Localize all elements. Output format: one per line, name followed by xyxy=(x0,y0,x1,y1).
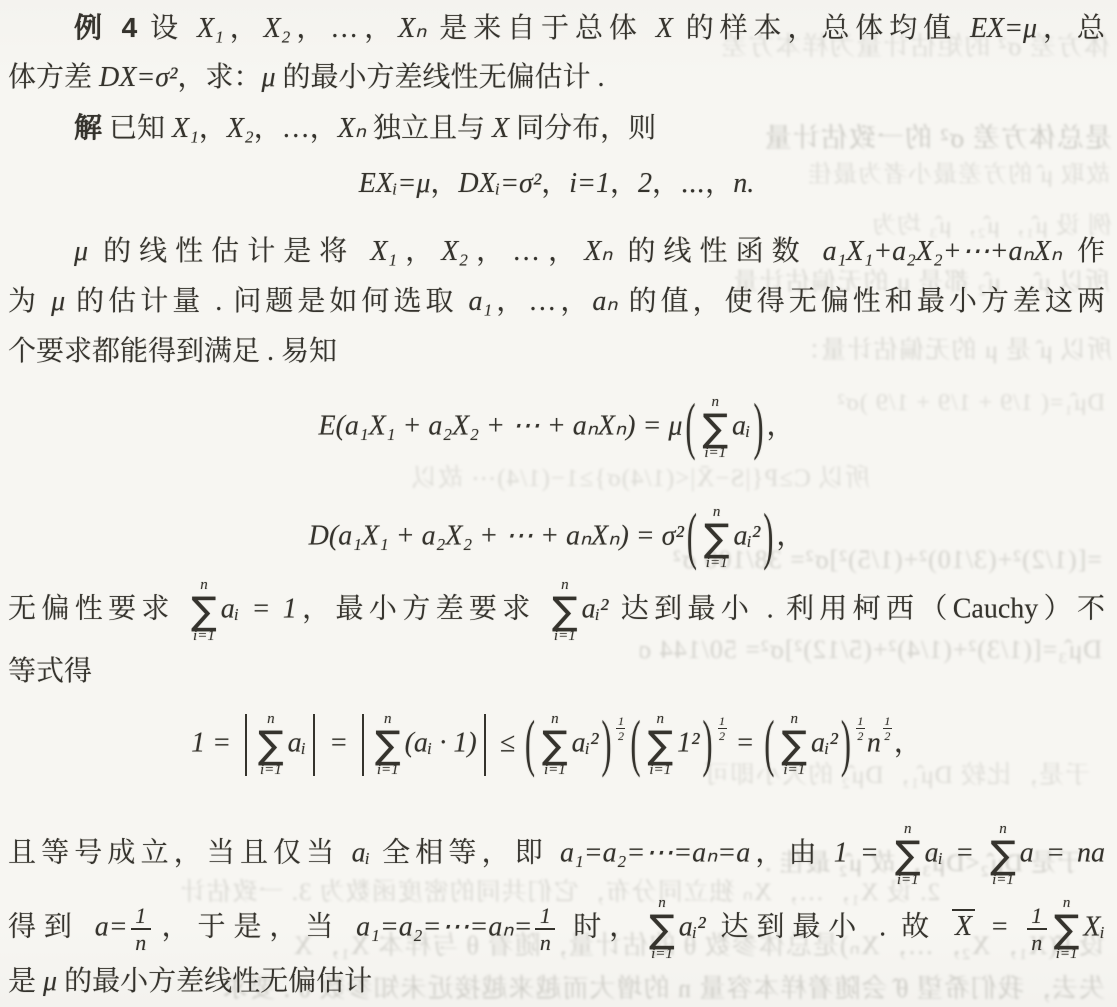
math-run: Xᵢ xyxy=(1083,911,1105,942)
text-run: ， xyxy=(224,13,264,44)
sigma-glyph: ∑ xyxy=(1054,911,1080,947)
text-run: ，⋯， xyxy=(652,168,733,199)
text-run: 时， xyxy=(558,911,645,942)
exponent-one-half: 12 xyxy=(856,715,865,742)
fraction: 1n xyxy=(131,904,151,954)
formula-cauchy-inequality: 1 = n∑i=1aᵢ = n∑i=1(aᵢ · 1) ≤ (n∑i=1aᵢ²)… xyxy=(8,712,1105,778)
fraction-denominator: n xyxy=(540,931,551,954)
math-run: a₁=a₂=⋯=aₙ= xyxy=(356,911,532,942)
math-run: n xyxy=(867,727,881,758)
math-run: Xₙ xyxy=(338,113,366,144)
text-run: 的最小方差线性无偏估计 xyxy=(57,966,372,997)
math-run: μ xyxy=(261,62,275,93)
body-line-9: 且等号成立，当且仅当 aᵢ 全相等，即 a₁=a₂=⋯=aₙ=a，由 1 = n… xyxy=(8,822,1105,888)
math-run: 2 xyxy=(638,168,652,199)
math-run: a = na xyxy=(1020,837,1105,868)
abs-bar xyxy=(313,714,315,776)
text-run: 且等号成立，当且仅当 xyxy=(8,837,352,868)
text-run: 的样本，总体均值 xyxy=(673,13,970,44)
text-run: ， xyxy=(397,236,441,267)
big-paren: ( xyxy=(687,492,697,584)
sigma-glyph: ∑ xyxy=(552,593,578,629)
fraction-denominator: n xyxy=(1031,931,1042,954)
text-run: 的估计量 . 问题是如何选取 xyxy=(65,286,468,317)
summation-symbol: n∑i=1 xyxy=(552,578,578,644)
text-run: 的线性函数 xyxy=(612,236,822,267)
text-run: 无偏性要求 xyxy=(8,593,187,624)
math-run: Xₙ xyxy=(584,236,612,267)
fraction: 1n xyxy=(1027,904,1047,954)
sigma-glyph: ∑ xyxy=(895,837,921,873)
text-run: 独立且与 xyxy=(366,113,492,144)
sigma-glyph: ∑ xyxy=(647,727,673,763)
body-line-10: 得到 a=1n，于是，当 a₁=a₂=⋯=aₙ=1n 时，n∑i=1aᵢ² 达到… xyxy=(8,896,1105,962)
abs-bar xyxy=(362,714,364,776)
text-run: ， xyxy=(610,168,638,199)
math-run: X₁ xyxy=(172,113,199,144)
text-run: 全相等，即 xyxy=(370,837,560,868)
math-run: ≤ xyxy=(493,727,522,758)
sum-lower-limit: i=1 xyxy=(783,763,805,778)
text-run: 同分布，则 xyxy=(509,113,656,144)
math-run: D(a₁X₁ + a₂X₂ + ⋯ + aₙXₙ) = σ² xyxy=(309,520,684,551)
body-line-6: 个要求都能得到满足 . 易知 xyxy=(8,330,1105,374)
exponent-one-half: 12 xyxy=(883,715,892,742)
sum-lower-limit: i=1 xyxy=(544,763,566,778)
text-run: ， xyxy=(541,168,569,199)
text-run: ，于是，当 xyxy=(154,911,356,942)
big-paren: ( xyxy=(525,699,535,791)
text-run: ，…， xyxy=(290,13,398,44)
math-run: E(a₁X₁ + a₂X₂ + ⋯ + aₙXₙ) = μ xyxy=(318,410,682,441)
math-run: EX=μ xyxy=(970,13,1037,44)
sigma-glyph: ∑ xyxy=(704,520,730,556)
conclusion-line: 是 μ 的最小方差线性无偏估计 xyxy=(8,960,1105,1004)
abs-bar xyxy=(245,714,247,776)
abs-bar xyxy=(484,714,486,776)
big-paren: ( xyxy=(630,699,640,791)
body-line-7: 无偏性要求 n∑i=1aᵢ = 1，最小方差要求 n∑i=1aᵢ² 达到最小 .… xyxy=(8,578,1105,644)
sum-lower-limit: i=1 xyxy=(193,629,215,644)
math-run: X xyxy=(492,113,509,144)
example-statement-line-1: 例 4 设 X₁，X₂，…，Xₙ 是来自于总体 X 的样本，总体均值 EX=μ，… xyxy=(8,6,1105,51)
text-run: 是 xyxy=(8,966,43,997)
math-run: a₁X₁+a₂X₂+⋯+aₙXₙ xyxy=(823,236,1062,267)
formula-variance: D(a₁X₁ + a₂X₂ + ⋯ + aₙXₙ) = σ²(n∑i=1aᵢ²)… xyxy=(8,505,1105,571)
exp-denominator: 2 xyxy=(884,730,890,742)
sum-lower-limit: i=1 xyxy=(260,763,282,778)
math-run: a₁ xyxy=(469,286,493,317)
math-run: aₙ xyxy=(592,286,617,317)
math-run: aᵢ xyxy=(352,837,370,868)
math-run: μ xyxy=(51,286,65,317)
text-run: 等式得 xyxy=(8,656,92,687)
math-run: 1 = xyxy=(191,727,238,758)
exp-denominator: 2 xyxy=(719,730,725,742)
exp-numerator: 1 xyxy=(719,715,725,727)
text-run: ， xyxy=(766,410,794,441)
sigma-glyph: ∑ xyxy=(649,911,675,947)
exponent-one-half: 12 xyxy=(616,715,625,742)
summation-symbol: n∑i=1 xyxy=(704,505,730,571)
big-paren: ) xyxy=(841,699,851,791)
text-run: ，由 xyxy=(750,837,834,868)
text-run: ，总 xyxy=(1037,13,1105,44)
math-run: aᵢ = 1 xyxy=(221,593,297,624)
summation-symbol: n∑i=1 xyxy=(1054,896,1080,962)
exp-numerator: 1 xyxy=(884,715,890,727)
sum-lower-limit: i=1 xyxy=(897,873,919,888)
summation-symbol: n∑i=1 xyxy=(542,712,568,778)
bold-label-run: 例 4 xyxy=(74,12,137,43)
exponent-one-half: 12 xyxy=(718,715,727,742)
text-run: ， xyxy=(894,727,922,758)
summation-symbol: n∑i=1 xyxy=(191,578,217,644)
text-run: 设 xyxy=(137,13,197,44)
text-run: ，…， xyxy=(492,286,592,317)
math-run: = xyxy=(729,727,762,758)
big-paren: ) xyxy=(703,699,713,791)
math-run: (aᵢ · 1) xyxy=(405,727,477,758)
body-line-4: μ 的线性估计是将 X₁，X₂，…，Xₙ 的线性函数 a₁X₁+a₂X₂+⋯+a… xyxy=(8,230,1105,274)
text-run: ，…， xyxy=(254,113,338,144)
exp-denominator: 2 xyxy=(618,730,624,742)
sigma-glyph: ∑ xyxy=(191,593,217,629)
text-run: 个要求都能得到满足 . 易知 xyxy=(8,336,337,367)
sigma-glyph: ∑ xyxy=(542,727,568,763)
fraction-numerator: 1 xyxy=(135,904,146,927)
text-run: ，最小方差要求 xyxy=(297,593,548,624)
math-run: aᵢ = xyxy=(925,837,987,868)
math-run: n. xyxy=(733,168,754,199)
sigma-glyph: ∑ xyxy=(990,837,1016,873)
math-run: a₁=a₂=⋯=aₙ=a xyxy=(560,837,750,868)
text-run: 达到最小 . 利用柯西（Cauchy）不 xyxy=(608,593,1105,624)
text-run: 的线性估计是将 xyxy=(88,236,370,267)
math-run: 1 = xyxy=(834,837,891,868)
math-run: Xₙ xyxy=(398,13,426,44)
math-run: X₁ xyxy=(197,13,224,44)
sum-lower-limit: i=1 xyxy=(992,873,1014,888)
summation-symbol: n∑i=1 xyxy=(258,712,284,778)
math-run: X₂ xyxy=(264,13,291,44)
math-run: aᵢ xyxy=(288,727,306,758)
summation-symbol: n∑i=1 xyxy=(702,395,728,461)
summation-symbol: n∑i=1 xyxy=(375,712,401,778)
text-run: ，求： xyxy=(177,62,261,93)
summation-symbol: n∑i=1 xyxy=(990,822,1016,888)
exp-denominator: 2 xyxy=(857,730,863,742)
math-run: DXᵢ=σ² xyxy=(458,168,541,199)
math-run: 1² xyxy=(677,727,699,758)
example-statement-line-2: 体方差 DX=σ²，求：μ 的最小方差线性无偏估计 . xyxy=(8,56,1105,100)
math-run: = xyxy=(322,727,355,758)
exp-numerator: 1 xyxy=(618,715,624,727)
big-paren: ( xyxy=(764,699,774,791)
summation-symbol: n∑i=1 xyxy=(647,712,673,778)
sigma-glyph: ∑ xyxy=(702,410,728,446)
sigma-glyph: ∑ xyxy=(375,727,401,763)
math-run: aᵢ² xyxy=(582,593,609,624)
sum-lower-limit: i=1 xyxy=(706,556,728,571)
body-line-5: 为 μ 的估计量 . 问题是如何选取 a₁，…，aₙ 的值，使得无偏性和最小方差… xyxy=(8,280,1105,324)
fraction-numerator: 1 xyxy=(540,904,551,927)
math-run: μ xyxy=(74,236,88,267)
text-run: 作 xyxy=(1062,236,1105,267)
math-run: a= xyxy=(95,911,128,942)
text-run: 已知 xyxy=(102,113,172,144)
text-run: ， xyxy=(776,520,804,551)
formula-distribution: EXᵢ=μ，DXᵢ=σ²，i=1，2，⋯，n. xyxy=(8,162,1105,206)
overline-x: X xyxy=(952,909,975,941)
summation-symbol: n∑i=1 xyxy=(649,896,675,962)
bleed-through-text: 所以 C≥P{|S−X̄|<(1/4)σ}≥1−(1/4)⋯ 故以 xyxy=(10,458,870,494)
fraction: 1n xyxy=(535,904,555,954)
sum-lower-limit: i=1 xyxy=(704,446,726,461)
fraction-denominator: n xyxy=(135,931,146,954)
sigma-glyph: ∑ xyxy=(258,727,284,763)
text-run: 的最小方差线性无偏估计 . xyxy=(276,62,605,93)
bold-label-run: 解 xyxy=(74,112,102,143)
big-paren: ) xyxy=(763,492,773,584)
text-run: 是来自于总体 xyxy=(426,13,655,44)
sum-lower-limit: i=1 xyxy=(554,629,576,644)
sum-lower-limit: i=1 xyxy=(377,763,399,778)
big-paren: ) xyxy=(601,699,611,791)
math-run: X₁ xyxy=(370,236,397,267)
formula-expectation: E(a₁X₁ + a₂X₂ + ⋯ + aₙXₙ) = μ(n∑i=1aᵢ)， xyxy=(8,395,1105,461)
solution-line-1: 解 已知 X₁，X₂，…，Xₙ 独立且与 X 同分布，则 xyxy=(8,106,1105,151)
math-run: EXᵢ=μ xyxy=(359,168,431,199)
text-run: ，…， xyxy=(468,236,584,267)
text-run: ， xyxy=(199,113,227,144)
text-run: ， xyxy=(430,168,458,199)
math-run: = xyxy=(975,911,1024,942)
math-run: X₂ xyxy=(227,113,254,144)
big-paren: ) xyxy=(753,382,763,474)
text-run: 为 xyxy=(8,286,51,317)
big-paren: ( xyxy=(685,382,695,474)
text-run: 达到最小 . 故 xyxy=(706,911,952,942)
math-run: aᵢ² xyxy=(572,727,599,758)
math-run: aᵢ² xyxy=(679,911,706,942)
math-run: μ xyxy=(43,966,57,997)
text-run: 的值，使得无偏性和最小方差这两 xyxy=(618,286,1105,317)
sum-lower-limit: i=1 xyxy=(649,763,671,778)
summation-symbol: n∑i=1 xyxy=(895,822,921,888)
summation-symbol: n∑i=1 xyxy=(781,712,807,778)
fraction-numerator: 1 xyxy=(1031,904,1042,927)
math-run: X xyxy=(656,13,673,44)
body-line-8: 等式得 xyxy=(8,650,1105,694)
sigma-glyph: ∑ xyxy=(781,727,807,763)
math-run: aᵢ xyxy=(732,410,750,441)
math-run: aᵢ² xyxy=(733,520,760,551)
page-background: 体方差 σ² 的矩估计量为样本方差是总体方差 σ² 的一致估计量故取 μ̂ 的方… xyxy=(0,0,1117,1007)
exp-numerator: 1 xyxy=(857,715,863,727)
math-run: X₂ xyxy=(441,236,468,267)
text-run: 得到 xyxy=(8,911,95,942)
math-run: DX=σ² xyxy=(99,62,177,93)
text-run: 体方差 xyxy=(8,62,99,93)
math-run: aᵢ² xyxy=(811,727,838,758)
math-run: i=1 xyxy=(569,168,610,199)
scanned-textbook-page: { "math": { "sigma": "∑", "sum_upper": "… xyxy=(0,0,1117,1007)
